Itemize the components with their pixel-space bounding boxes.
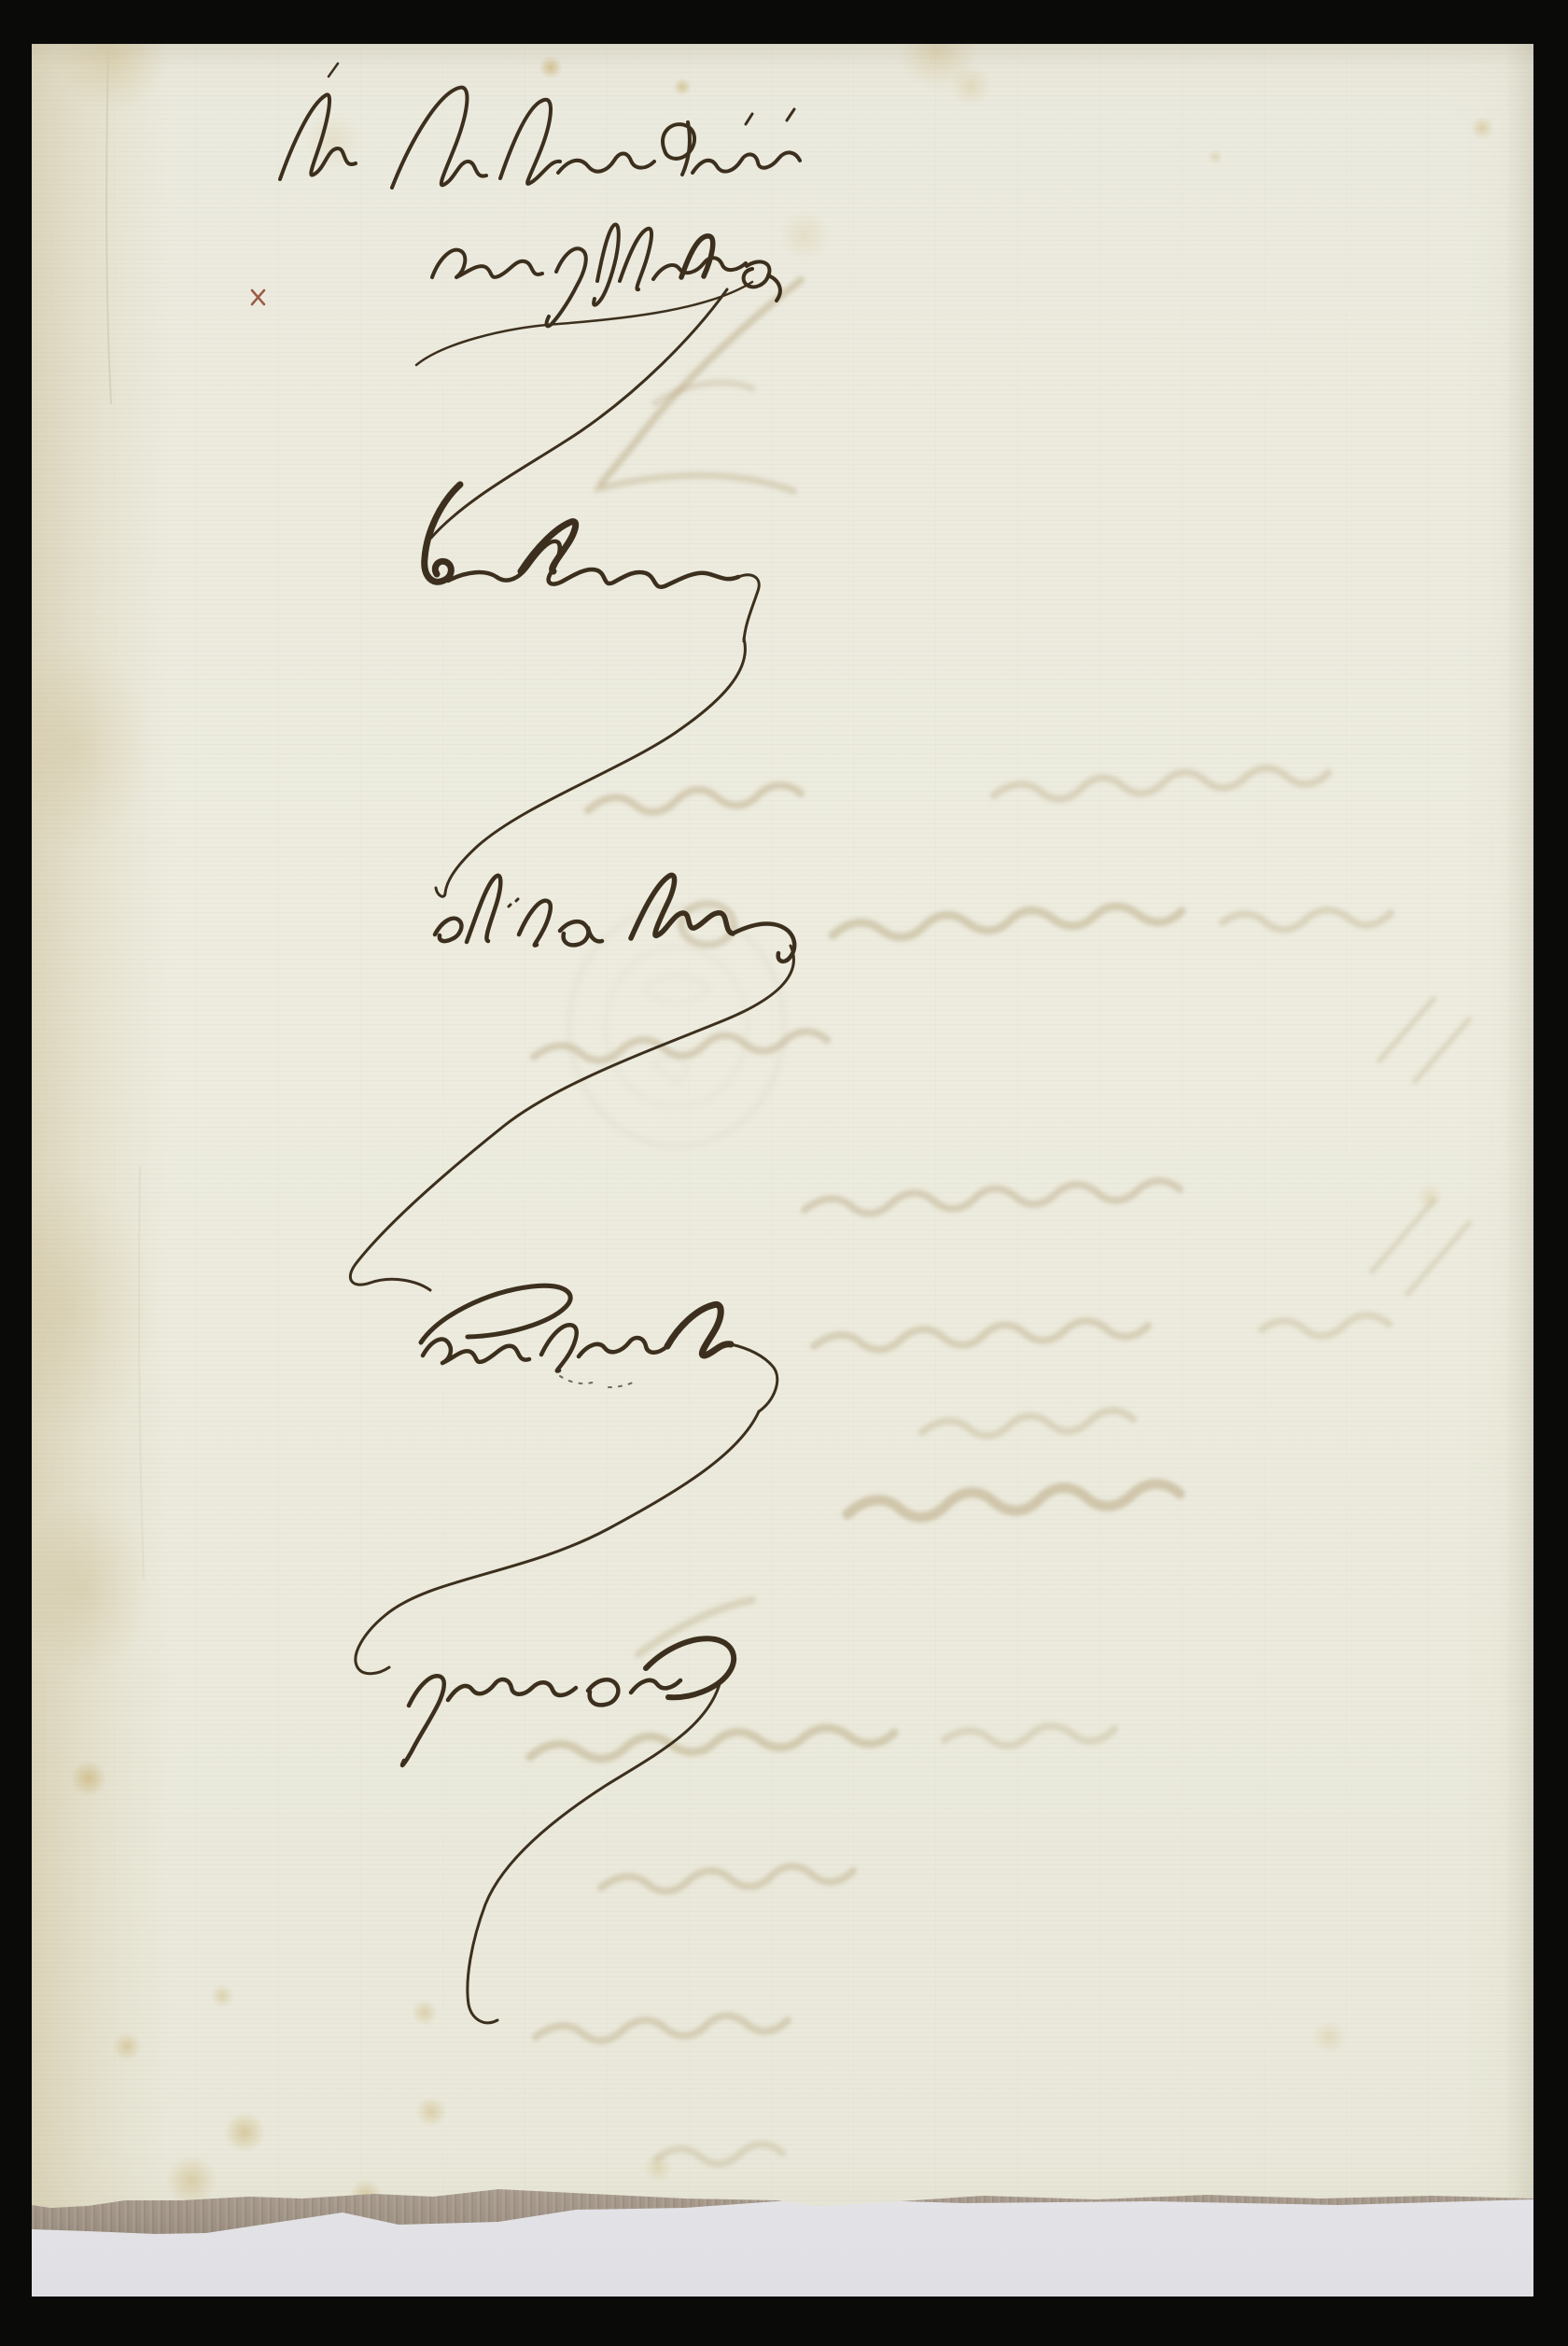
manuscript-page [32, 44, 1533, 2219]
manuscript-scan [0, 0, 1568, 2346]
